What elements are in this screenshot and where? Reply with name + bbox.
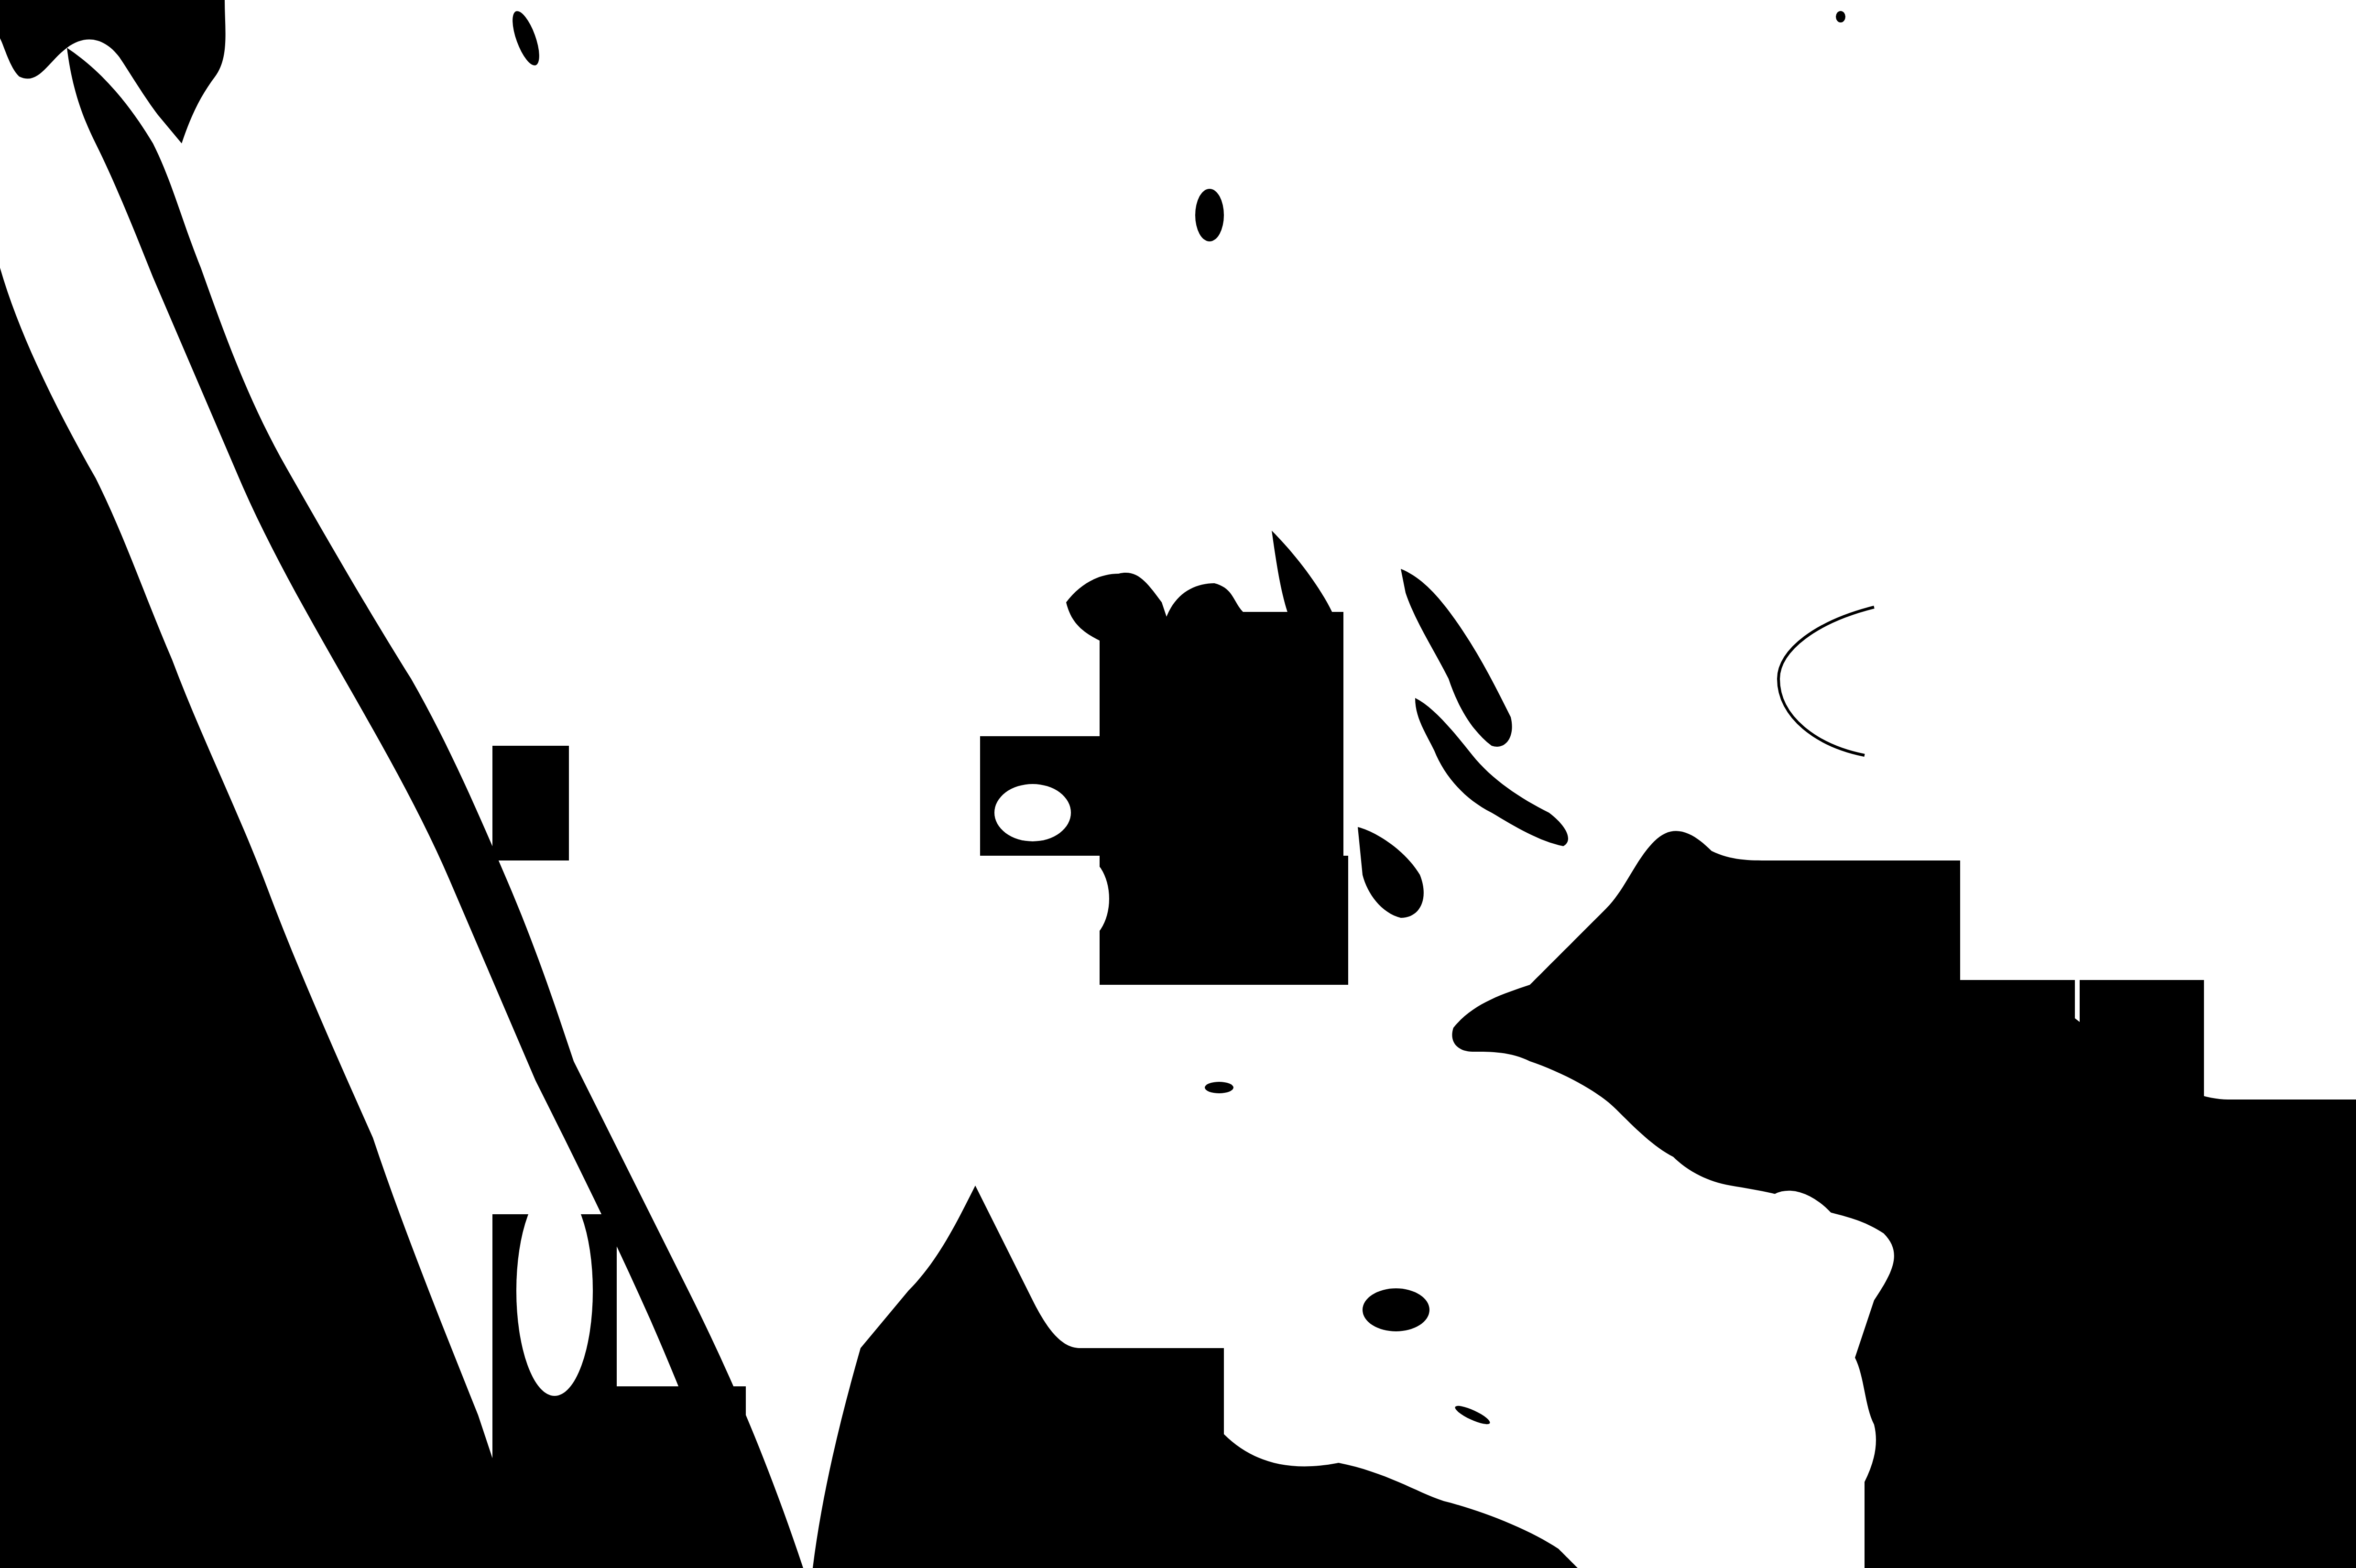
white-patch-2	[239, 794, 296, 832]
speck-1	[1363, 1288, 1429, 1331]
white-patch-3	[516, 1186, 593, 1396]
central-mottle-1	[994, 784, 1071, 841]
tile-block-right-1	[1721, 860, 1960, 985]
tile-block-left-1	[492, 746, 569, 860]
island-5	[1195, 189, 1224, 241]
tile-block-left-3	[617, 1386, 746, 1568]
mask-svg	[0, 0, 2356, 1568]
central-mottle-2	[1052, 856, 1109, 942]
tile-block-right-2	[2080, 980, 2204, 1104]
top-speck-2	[1836, 11, 1845, 22]
white-patch-1	[416, 1004, 502, 1128]
island-6	[1205, 1082, 1233, 1093]
binary-mask-image: Binarized (black and white) segmentation…	[0, 0, 2356, 1568]
central-mottle-3	[994, 908, 1033, 956]
